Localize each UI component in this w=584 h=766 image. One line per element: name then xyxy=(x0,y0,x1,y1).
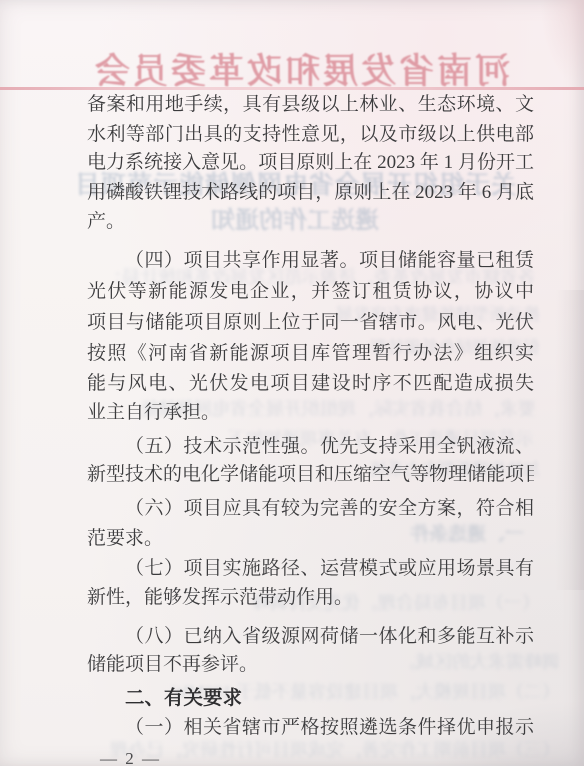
text-line: 备案和用地手续，具有县级以上林业、生态环境、文物、军事、 xyxy=(87,92,534,118)
text-line: 储能项目不再参评。 xyxy=(87,652,534,678)
text-line: 光伏等新能源发电企业，并签订租赁协议，协议中风、光发电 xyxy=(87,279,534,305)
text-line: 能与风电、光伏发电项目建设时序不匹配造成损失的，由项目 xyxy=(87,371,534,397)
text-line: 新性，能够发挥示范带动作用。 xyxy=(87,585,534,611)
letterhead-rule xyxy=(0,87,584,90)
text-line: （一）相关省辖市严格按照遴选条件择优申报示范项目， xyxy=(87,715,534,741)
text-line: 项目与储能项目原则上位于同一省辖市。风电、光伏发电项目 xyxy=(87,310,534,336)
bleedthrough-letterhead: 河南省发展和改革委员会 xyxy=(70,44,532,90)
text-line: 二、有关要求 xyxy=(87,686,534,712)
text-line: 水利等部门出具的支持性意见，以及市级以上供电部门出具的 xyxy=(87,122,534,148)
text-line: （七）项目实施路径、运营模式或应用场景具有较强的创 xyxy=(87,556,534,582)
text-line: （四）项目共享作用显著。项目储能容量已租赁给风电、 xyxy=(87,248,534,274)
text-line: 新型技术的电化学储能项目和压缩空气等物理储能项目。 xyxy=(87,462,534,488)
scan-smudge xyxy=(540,0,584,90)
scanned-document-page: 河南省发展和改革委员会 关于组织开展全省电网侧储能示范项目 遴选工作的通知 各省… xyxy=(0,0,584,766)
page-number: — 2 — xyxy=(100,749,161,766)
text-line: （六）项目应具有较为完善的安全方案，符合相关安全规 xyxy=(87,496,534,522)
text-line: （八）已纳入省级源网荷储一体化和多能互补示范项目的 xyxy=(87,624,534,650)
text-line: 业主自行承担。 xyxy=(87,400,534,426)
text-line: 用磷酸铁锂技术路线的项目，原则上在 2023 年 6 月底前建成投 xyxy=(87,180,534,206)
text-line: （五）技术示范性强。优先支持采用全钒液流、钠离子等 xyxy=(87,434,534,460)
text-line: 电力系统接入意见。项目原则上在 2023 年 1 月份开工建设，采 xyxy=(87,150,534,176)
text-line: 产。 xyxy=(87,209,534,235)
text-line: 按照《河南省新能源项目库管理暂行办法》组织实施。如因储 xyxy=(87,341,534,367)
text-line: 范要求。 xyxy=(87,526,534,552)
scan-smudge xyxy=(555,290,584,590)
